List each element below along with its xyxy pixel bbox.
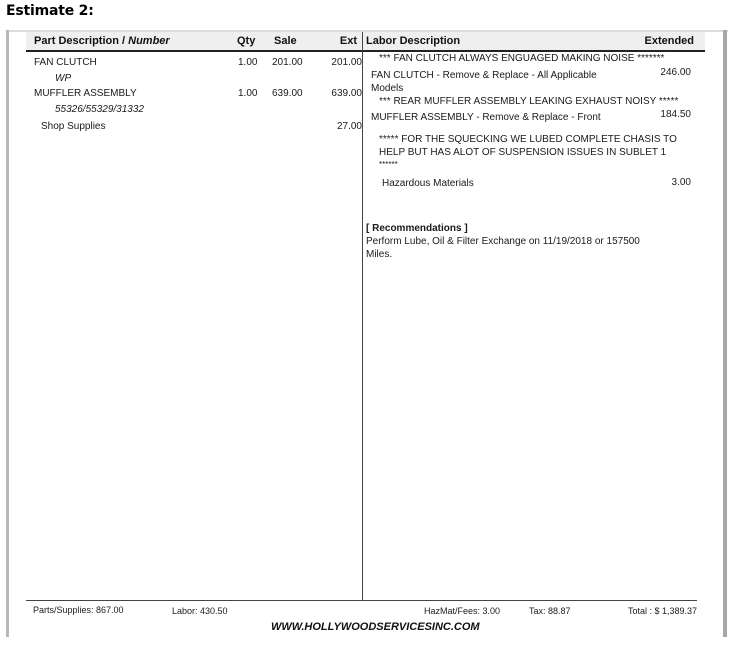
- shop-supplies-label: Shop Supplies: [41, 121, 106, 133]
- recommendation-line-1: Perform Lube, Oil & Filter Exchange on 1…: [366, 236, 640, 248]
- table-header-rule: [26, 50, 705, 52]
- parts-header-qty: Qty: [237, 35, 255, 48]
- labor-note-line-3: ******: [379, 159, 398, 171]
- part-ext: 201.00: [320, 57, 362, 69]
- part-number: WP: [55, 73, 71, 85]
- labor-item-2-extended: 184.50: [640, 109, 691, 121]
- parts-header-description-label: Part Description /: [34, 35, 128, 47]
- part-sale: 639.00: [272, 88, 303, 100]
- labor-header-extended: Extended: [620, 35, 694, 48]
- part-description: MUFFLER ASSEMBLY: [34, 88, 137, 100]
- labor-note-line-2: HELP BUT HAS ALOT OF SUSPENSION ISSUES I…: [379, 147, 666, 159]
- hazmat-fees-total: HazMat/Fees: 3.00: [424, 605, 500, 617]
- website-link[interactable]: WWW.HOLLYWOODSERVICESINC.COM: [271, 621, 480, 633]
- part-qty: 1.00: [238, 88, 257, 100]
- labor-total: Labor: 430.50: [172, 605, 228, 617]
- labor-concern-1: *** FAN CLUTCH ALWAYS ENGUAGED MAKING NO…: [379, 53, 664, 65]
- hazmat-extended: 3.00: [640, 177, 691, 189]
- labor-item-2-description: MUFFLER ASSEMBLY - Remove & Replace - Fr…: [371, 112, 601, 124]
- labor-item-1-line2: Models: [371, 83, 403, 95]
- frame-left-border: [6, 30, 9, 637]
- footer-rule: [26, 600, 697, 601]
- frame-right-border: [723, 30, 727, 637]
- parts-supplies-total: Parts/Supplies: 867.00: [33, 604, 124, 616]
- part-qty: 1.00: [238, 57, 257, 69]
- part-number: 55326/55329/31332: [55, 104, 144, 116]
- labor-item-1-extended: 246.00: [640, 67, 691, 79]
- parts-header-ext: Ext: [320, 35, 357, 48]
- parts-header-number-label: Number: [128, 35, 170, 47]
- part-ext: 639.00: [320, 88, 362, 100]
- parts-header-description: Part Description / Number: [34, 35, 170, 48]
- recommendation-line-2: Miles.: [366, 249, 392, 261]
- grand-total: Total : $ 1,389.37: [600, 605, 697, 617]
- part-sale: 201.00: [272, 57, 303, 69]
- page-heading: Estimate 2:: [6, 3, 94, 19]
- recommendations-title: [ Recommendations ]: [366, 223, 468, 235]
- shop-supplies-ext: 27.00: [320, 121, 362, 133]
- labor-note-line-1: ***** FOR THE SQUECKING WE LUBED COMPLET…: [379, 134, 677, 146]
- part-description: FAN CLUTCH: [34, 57, 97, 69]
- labor-header-description: Labor Description: [366, 35, 460, 48]
- parts-header-sale: Sale: [274, 35, 297, 48]
- tax-total: Tax: 88.87: [529, 605, 571, 617]
- hazmat-label: Hazardous Materials: [382, 178, 474, 190]
- labor-concern-2: *** REAR MUFFLER ASSEMBLY LEAKING EXHAUS…: [379, 96, 678, 108]
- labor-item-1-line1: FAN CLUTCH - Remove & Replace - All Appl…: [371, 70, 597, 82]
- column-divider: [362, 32, 363, 601]
